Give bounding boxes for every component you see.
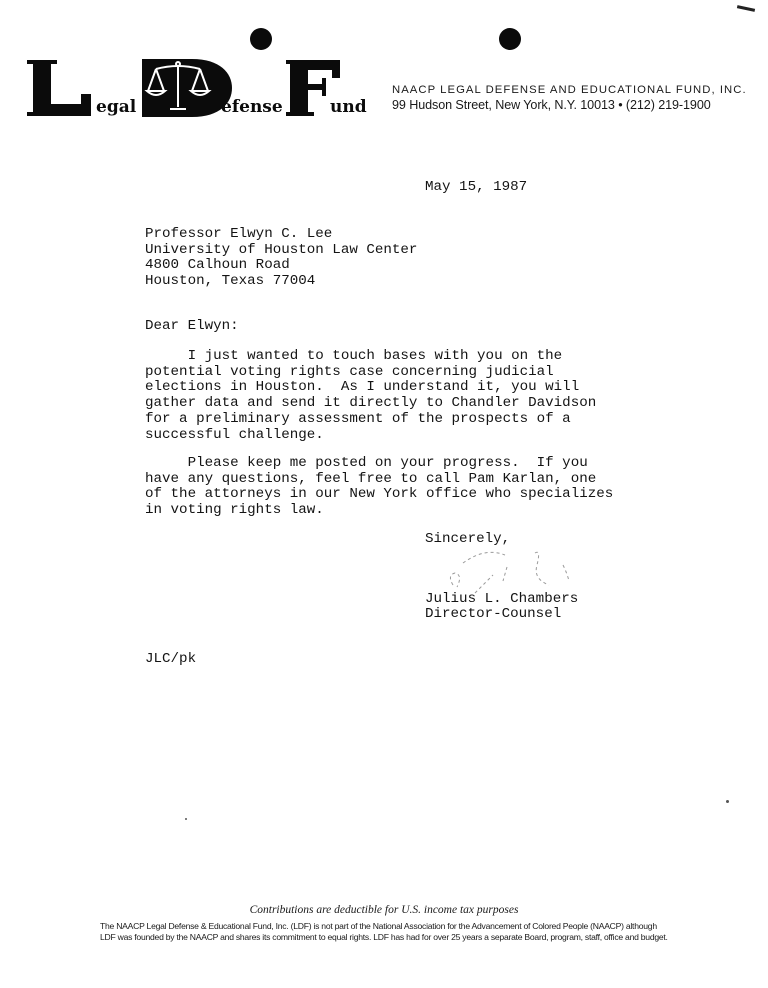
- logo-letter-l: [27, 60, 93, 116]
- paragraph-line: Please keep me posted on your progress. …: [145, 456, 613, 472]
- paragraph-line: for a preliminary assessment of the pros…: [145, 412, 596, 428]
- organization-name: NAACP LEGAL DEFENSE AND EDUCATIONAL FUND…: [392, 84, 747, 96]
- scan-speck: [185, 818, 187, 820]
- scan-mark: [737, 5, 755, 12]
- paragraph-line: I just wanted to touch bases with you on…: [145, 349, 596, 365]
- logo-dot-left: [250, 28, 272, 50]
- disclaimer-line: LDF was founded by the NAACP and shares …: [100, 932, 700, 943]
- paragraph-line: elections in Houston. As I understand it…: [145, 380, 596, 396]
- recipient-address-block: Professor Elwyn C. Lee University of Hou…: [145, 227, 417, 290]
- recipient-line: Professor Elwyn C. Lee: [145, 227, 417, 243]
- signature: [445, 545, 575, 595]
- recipient-line: Houston, Texas 77004: [145, 274, 417, 290]
- logo-word-defense: efense: [221, 97, 283, 117]
- reference-initials: JLC/pk: [145, 652, 196, 668]
- logo-word-legal: egal: [96, 97, 136, 117]
- logo-dot-right: [499, 28, 521, 50]
- salutation: Dear Elwyn:: [145, 319, 239, 335]
- logo-letter-d: [142, 59, 232, 117]
- body-paragraph-1: I just wanted to touch bases with you on…: [145, 349, 596, 443]
- paragraph-line: of the attorneys in our New York office …: [145, 487, 613, 503]
- organization-address: 99 Hudson Street, New York, N.Y. 10013 •…: [392, 98, 711, 112]
- scan-speck: [726, 800, 729, 803]
- tax-deductible-note: Contributions are deductible for U.S. in…: [0, 904, 768, 916]
- paragraph-line: have any questions, feel free to call Pa…: [145, 472, 613, 488]
- paragraph-line: potential voting rights case concerning …: [145, 365, 596, 381]
- paragraph-line: successful challenge.: [145, 428, 596, 444]
- paragraph-line: in voting rights law.: [145, 503, 613, 519]
- signer-title: Director-Counsel: [425, 607, 561, 623]
- recipient-line: 4800 Calhoun Road: [145, 258, 417, 274]
- recipient-line: University of Houston Law Center: [145, 243, 417, 259]
- letter-date: May 15, 1987: [425, 180, 527, 196]
- logo-word-fund: und: [330, 97, 367, 117]
- paragraph-line: gather data and send it directly to Chan…: [145, 396, 596, 412]
- footer-disclaimer: The NAACP Legal Defense & Educational Fu…: [100, 921, 700, 943]
- disclaimer-line: The NAACP Legal Defense & Educational Fu…: [100, 921, 700, 932]
- body-paragraph-2: Please keep me posted on your progress. …: [145, 456, 613, 519]
